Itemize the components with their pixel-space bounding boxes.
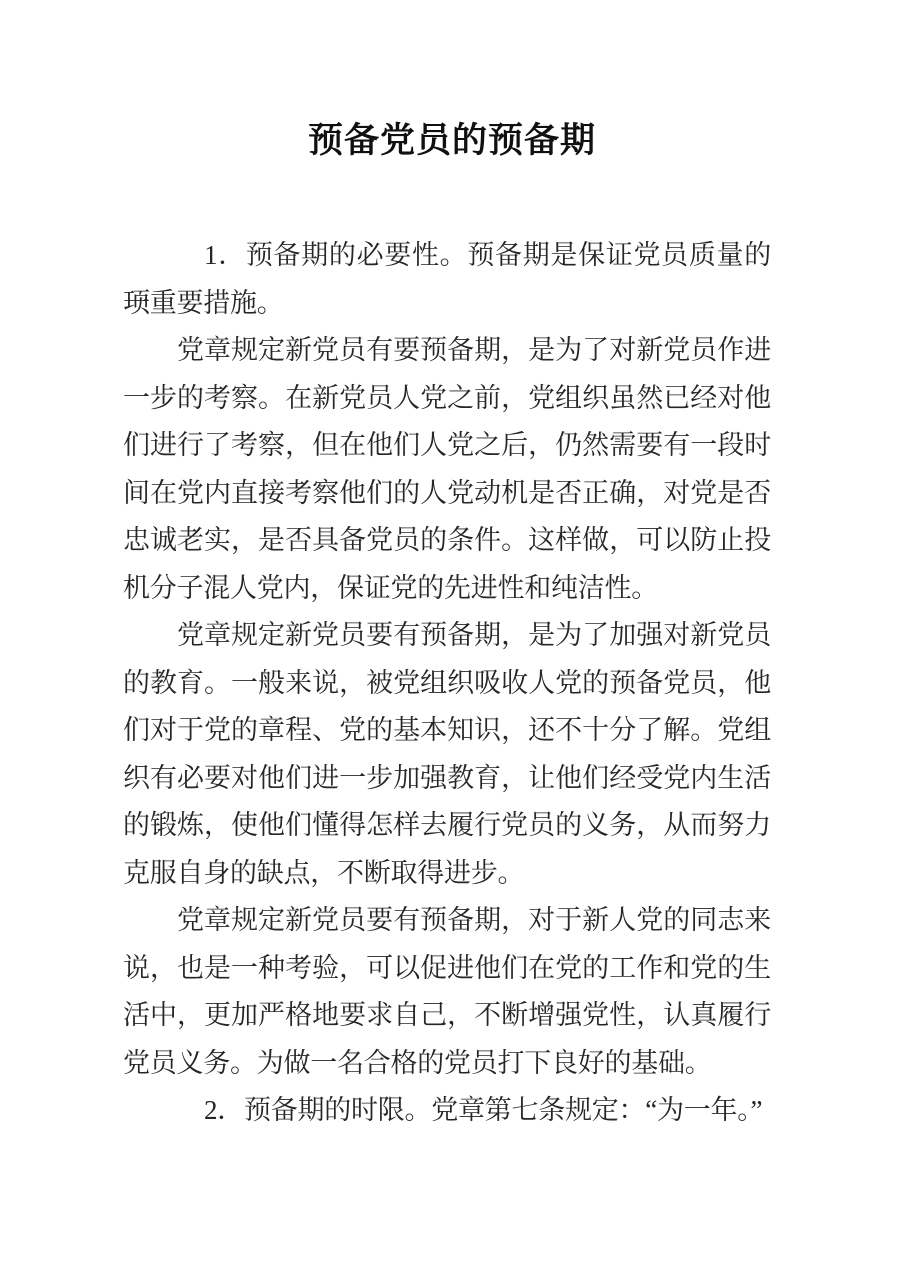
text-line: 说，也是一种考验，可以促进他们在党的工作和党的生: [123, 945, 771, 993]
text-line: 间在党内直接考察他们的人党动机是否正确，对党是否: [123, 470, 771, 518]
text-line: 机分子混人党内，保证党的先进性和纯洁性。: [123, 565, 771, 613]
text-line: 的教育。一般来说，被党组织吸收人党的预备党员，他: [123, 660, 771, 708]
text-line: 忠诚老实，是否具备党员的条件。这样做，可以防止投: [123, 517, 771, 565]
text-line: 织有必要对他们进一步加强教育，让他们经受党内生活: [123, 755, 771, 803]
document-page: 预备党员的预备期 1．预备期的必要性。预备期是保证党员质量的一项重要措施。党章规…: [0, 0, 904, 1280]
text-line: 2．预备期的时限。党章第七条规定：“为一年。”: [123, 1087, 771, 1135]
text-line: 们进行了考察，但在他们人党之后，仍然需要有一段时: [123, 422, 771, 470]
text-line: 党章规定新党员有要预备期，是为了对新党员作进: [123, 327, 771, 375]
text-line: 党员义务。为做一名合格的党员打下良好的基础。: [123, 1040, 771, 1088]
text-line: 党章规定新党员要有预备期，是为了加强对新党员: [123, 612, 771, 660]
text-line: 项重要措施。: [123, 280, 771, 328]
paragraph: 2．预备期的时限。党章第七条规定：“为一年。”: [123, 1087, 771, 1135]
text-line: 活中，更加严格地要求自己，不断增强党性，认真履行: [123, 992, 771, 1040]
text-line: 一步的考察。在新党员人党之前，党组织虽然已经对他: [123, 375, 771, 423]
text-line: 克服自身的缺点，不断取得进步。: [123, 850, 771, 898]
paragraph: 党章规定新党员要有预备期，对于新人党的同志来说，也是一种考验，可以促进他们在党的…: [123, 897, 771, 1087]
text-line: 们对于党的章程、党的基本知识，还不十分了解。党组: [123, 707, 771, 755]
document-body: 1．预备期的必要性。预备期是保证党员质量的一项重要措施。党章规定新党员有要预备期…: [123, 232, 771, 1135]
text-line: 党章规定新党员要有预备期，对于新人党的同志来: [123, 897, 771, 945]
text-line: 1．预备期的必要性。预备期是保证党员质量的一: [123, 232, 771, 280]
paragraph: 党章规定新党员有要预备期，是为了对新党员作进一步的考察。在新党员人党之前，党组织…: [123, 327, 771, 612]
paragraph: 党章规定新党员要有预备期，是为了加强对新党员的教育。一般来说，被党组织吸收人党的…: [123, 612, 771, 897]
document-title: 预备党员的预备期: [0, 120, 904, 162]
text-line: 的锻炼，使他们懂得怎样去履行党员的义务，从而努力: [123, 802, 771, 850]
paragraph: 1．预备期的必要性。预备期是保证党员质量的一项重要措施。: [123, 232, 771, 327]
